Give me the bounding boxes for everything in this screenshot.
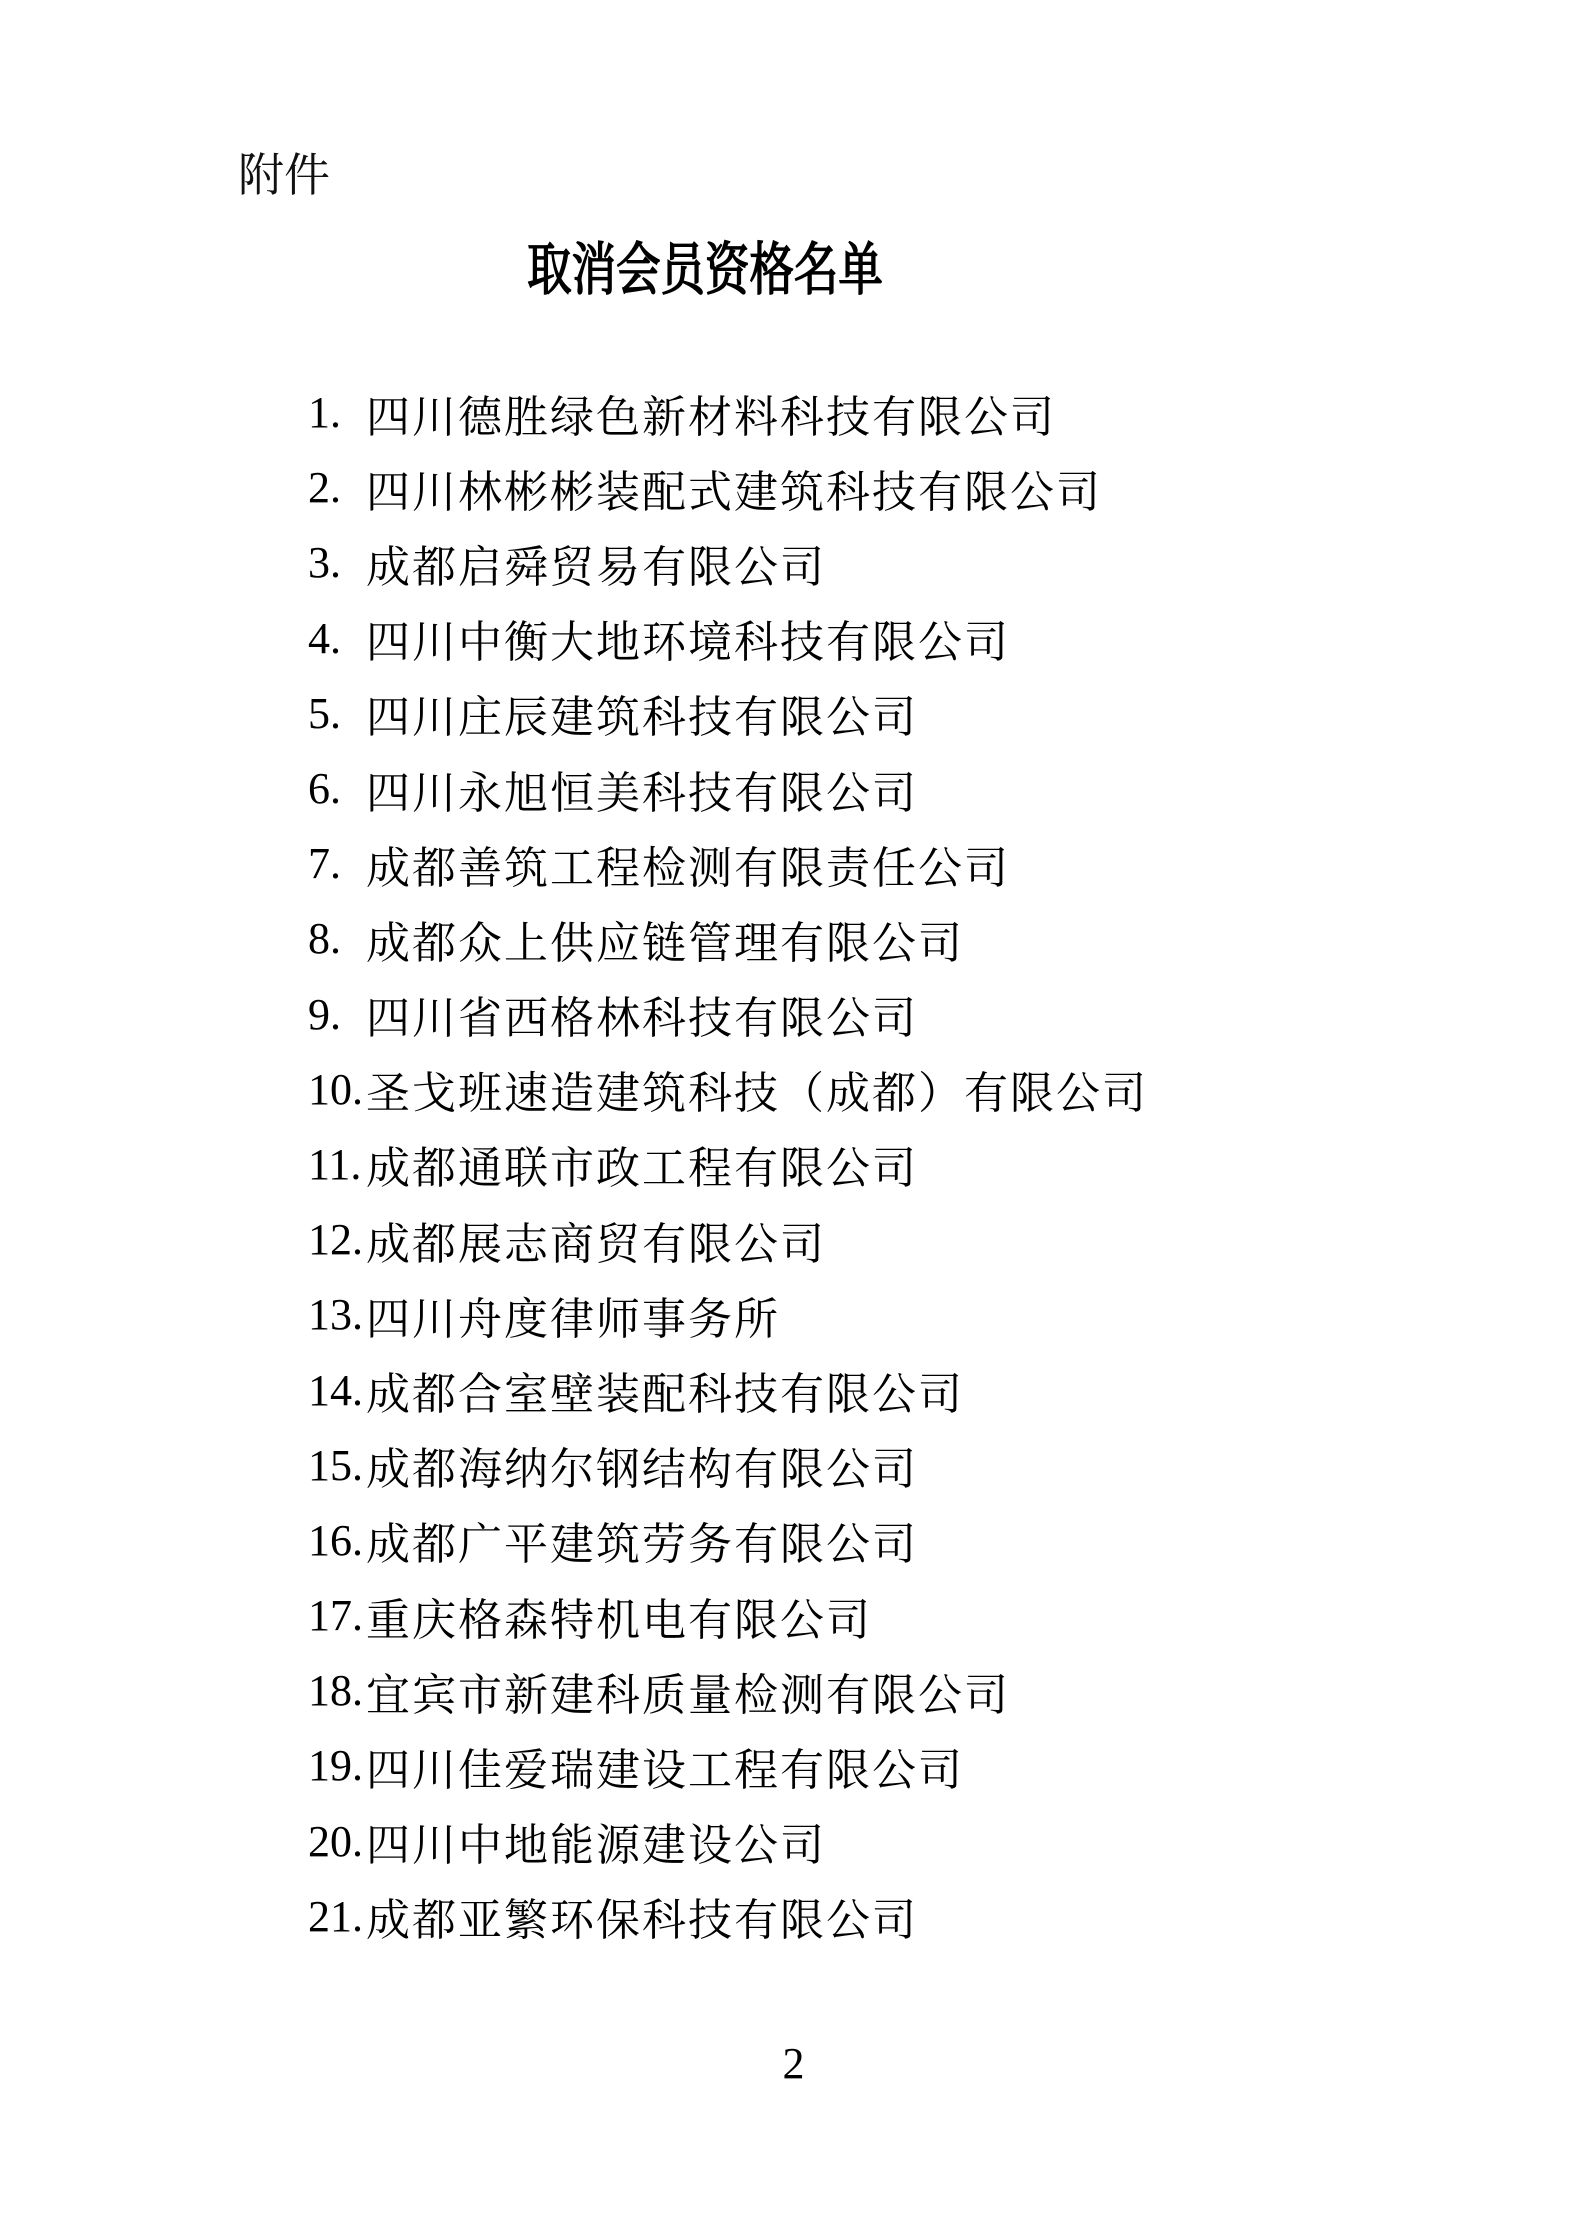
company-name: 成都善筑工程检测有限责任公司 [366,832,1010,896]
company-name: 成都展志商贸有限公司 [366,1208,826,1272]
item-number: 7. [308,838,366,889]
company-name: 四川中衡大地环境科技有限公司 [366,606,1010,670]
list-item: 12. 成都展志商贸有限公司 [308,1202,1148,1277]
company-name: 圣戈班速造建筑科技（成都）有限公司 [366,1057,1148,1121]
company-name: 四川林彬彬装配式建筑科技有限公司 [366,456,1102,520]
item-number: 21. [308,1891,366,1942]
item-number: 14. [308,1365,366,1416]
company-name: 四川舟度律师事务所 [366,1283,780,1347]
list-item: 13. 四川舟度律师事务所 [308,1277,1148,1352]
item-number: 4. [308,613,366,664]
company-name: 四川永旭恒美科技有限公司 [366,757,918,821]
company-name: 四川省西格林科技有限公司 [366,982,918,1046]
list-item: 20. 四川中地能源建设公司 [308,1804,1148,1879]
list-item: 2. 四川林彬彬装配式建筑科技有限公司 [308,450,1148,525]
list-item: 8. 成都众上供应链管理有限公司 [308,901,1148,976]
item-number: 18. [308,1665,366,1716]
list-item: 4. 四川中衡大地环境科技有限公司 [308,601,1148,676]
list-item: 21. 成都亚繁环保科技有限公司 [308,1879,1148,1954]
item-number: 8. [308,913,366,964]
company-name: 四川中地能源建设公司 [366,1809,826,1873]
item-number: 13. [308,1289,366,1340]
list-item: 11. 成都通联市政工程有限公司 [308,1127,1148,1202]
item-number: 3. [308,537,366,588]
document-page: 附件 取消会员资格名单 1. 四川德胜绿色新材料科技有限公司 2. 四川林彬彬装… [0,0,1587,2233]
list-item: 6. 四川永旭恒美科技有限公司 [308,751,1148,826]
item-number: 12. [308,1214,366,1265]
company-name: 成都广平建筑劳务有限公司 [366,1508,918,1572]
list-item: 19. 四川佳爱瑞建设工程有限公司 [308,1728,1148,1803]
company-name: 成都海纳尔钢结构有限公司 [366,1433,918,1497]
item-number: 5. [308,688,366,739]
list-item: 3. 成都启舜贸易有限公司 [308,525,1148,600]
item-number: 1. [308,387,366,438]
company-name: 四川德胜绿色新材料科技有限公司 [366,381,1056,445]
item-number: 10. [308,1064,366,1115]
cancelled-member-list: 1. 四川德胜绿色新材料科技有限公司 2. 四川林彬彬装配式建筑科技有限公司 3… [308,375,1148,1954]
item-number: 15. [308,1440,366,1491]
list-item: 1. 四川德胜绿色新材料科技有限公司 [308,375,1148,450]
company-name: 四川佳爱瑞建设工程有限公司 [366,1734,964,1798]
company-name: 成都众上供应链管理有限公司 [366,907,964,971]
page-number: 2 [0,2038,1587,2089]
item-number: 16. [308,1515,366,1566]
company-name: 宜宾市新建科质量检测有限公司 [366,1659,1010,1723]
list-item: 17. 重庆格森特机电有限公司 [308,1578,1148,1653]
attachment-label: 附件 [238,150,330,201]
company-name: 成都合室壁装配科技有限公司 [366,1358,964,1422]
list-item: 15. 成都海纳尔钢结构有限公司 [308,1428,1148,1503]
list-item: 5. 四川庄辰建筑科技有限公司 [308,676,1148,751]
item-number: 6. [308,763,366,814]
list-item: 18. 宜宾市新建科质量检测有限公司 [308,1653,1148,1728]
item-number: 11. [308,1139,366,1190]
item-number: 17. [308,1590,366,1641]
company-name: 成都亚繁环保科技有限公司 [366,1884,918,1948]
company-name: 重庆格森特机电有限公司 [366,1584,872,1648]
company-name: 四川庄辰建筑科技有限公司 [366,681,918,745]
item-number: 20. [308,1816,366,1867]
list-item: 9. 四川省西格林科技有限公司 [308,977,1148,1052]
item-number: 9. [308,989,366,1040]
list-item: 10. 圣戈班速造建筑科技（成都）有限公司 [308,1052,1148,1127]
company-name: 成都通联市政工程有限公司 [366,1132,918,1196]
list-item: 7. 成都善筑工程检测有限责任公司 [308,826,1148,901]
page-title: 取消会员资格名单 [527,238,883,304]
company-name: 成都启舜贸易有限公司 [366,531,826,595]
item-number: 2. [308,462,366,513]
list-item: 16. 成都广平建筑劳务有限公司 [308,1503,1148,1578]
title-wrap: 取消会员资格名单 [0,238,1410,304]
list-item: 14. 成都合室壁装配科技有限公司 [308,1352,1148,1427]
item-number: 19. [308,1740,366,1791]
